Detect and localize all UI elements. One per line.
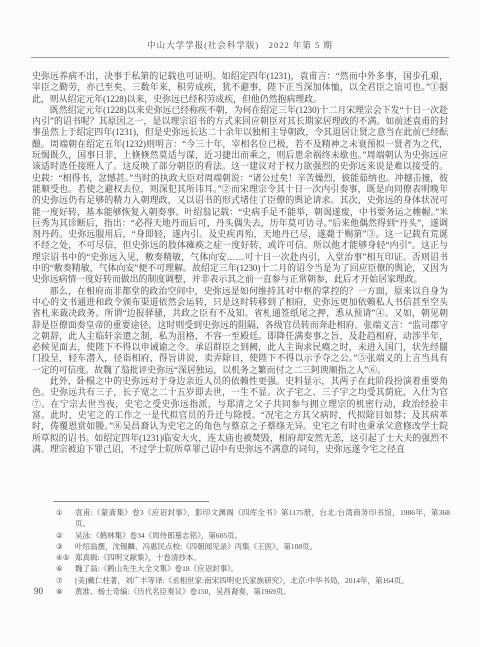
footnote-marker: ⑧ [56,586,75,597]
footnote-item: ⑥ 魏了翁:《鹤山先生大全文集》卷18《应诏封事》。 [32,563,450,574]
footnote-item: ③ 叶绍翁撰，沈锡麟、冯惠民点校:《四朝闻见录》丙集《王医》，第108页。 [32,541,450,552]
running-header: 中山大学学报(社会科学版) 2022 年第 5 期 [32,39,448,51]
footnote-item: ⑧ 黄淮、杨士奇编:《历代名臣奏议》卷150，吴昌裔奏，第1969页。 [32,586,450,597]
body-paragraph-4: 此外，卧榻之中的史弥远对于身边亲近人员的依赖性更强。史料显示，其两子在此阶段扮演… [32,376,448,455]
footnote-text: 郑真辑:《四明文献集》，十卷清抄本。 [75,552,450,563]
page-number: 90 [34,586,43,596]
footnote-marker: ② [56,530,75,541]
footnote-marker: ④⑤ [56,552,75,563]
journal-title: 中山大学学报(社会科学版) 2022 年第 5 期 [147,40,333,50]
body-paragraph-3: 那么，在相府而非都堂的政治空间中，史弥远是如何维持其对中枢的掌控的？一方面，原来… [32,286,448,376]
footnote-item: ④⑤ 郑真辑:《四明文献集》，十卷清抄本。 [32,552,450,563]
footnote-text: 袁甫:《蒙斋集》卷3《应诏封事》，影印文渊阁《四库全书》第1175册，台北:台湾… [75,507,450,530]
footnotes: ① 袁甫:《蒙斋集》卷3《应诏封事》，影印文渊阁《四库全书》第1175册，台北:… [32,507,450,597]
footnote-separator [53,501,209,502]
footnote-item: ⑦ [美]戴仁柱著，刘广丰等译:《丞相世家:南宋四明史氏家族研究》，北京:中华书… [32,575,450,586]
body-paragraph-1: 史弥远养病不出，决事于私第的记载也可证明。如绍定四年(1231)，袁甫言：“然而… [32,71,448,105]
footnote-text: 叶绍翁撰，沈锡麟、冯惠民点校:《四朝闻见录》丙集《王医》，第108页。 [75,541,450,552]
footnote-marker: ⑦ [56,575,75,586]
journal-page: 中山大学学报(社会科学版) 2022 年第 5 期 史弥远养病不出，决事于私第的… [0,0,480,647]
footnote-text: 吴泳:《鹤林集》卷34《周侍郎墓志铭》，第605页。 [75,530,450,541]
footnote-text: [美]戴仁柱著，刘广丰等译:《丞相世家:南宋四明史氏家族研究》，北京:中华书局，… [75,575,450,586]
header-rule [31,57,449,58]
footnote-marker: ⑥ [56,563,75,574]
footnote-text: 黄淮、杨士奇编:《历代名臣奏议》卷150，吴昌裔奏，第1969页。 [75,586,450,597]
footnote-text: 魏了翁:《鹤山先生大全文集》卷18《应诏封事》。 [75,563,450,574]
footnote-marker: ① [56,507,75,518]
footnote-item: ② 吴泳:《鹤林集》卷34《周侍郎墓志铭》，第605页。 [32,530,450,541]
footnote-item: ① 袁甫:《蒙斋集》卷3《应诏封事》，影印文渊阁《四库全书》第1175册，台北:… [32,507,450,530]
body-paragraph-2: 既然绍定元年(1228)以来史弥远已经称疾不朝，为何在绍定三年(1230)十二月… [32,105,448,286]
article-body: 史弥远养病不出，决事于私第的记载也可证明。如绍定四年(1231)，袁甫言：“然而… [32,71,448,501]
footnote-marker: ③ [56,541,75,552]
